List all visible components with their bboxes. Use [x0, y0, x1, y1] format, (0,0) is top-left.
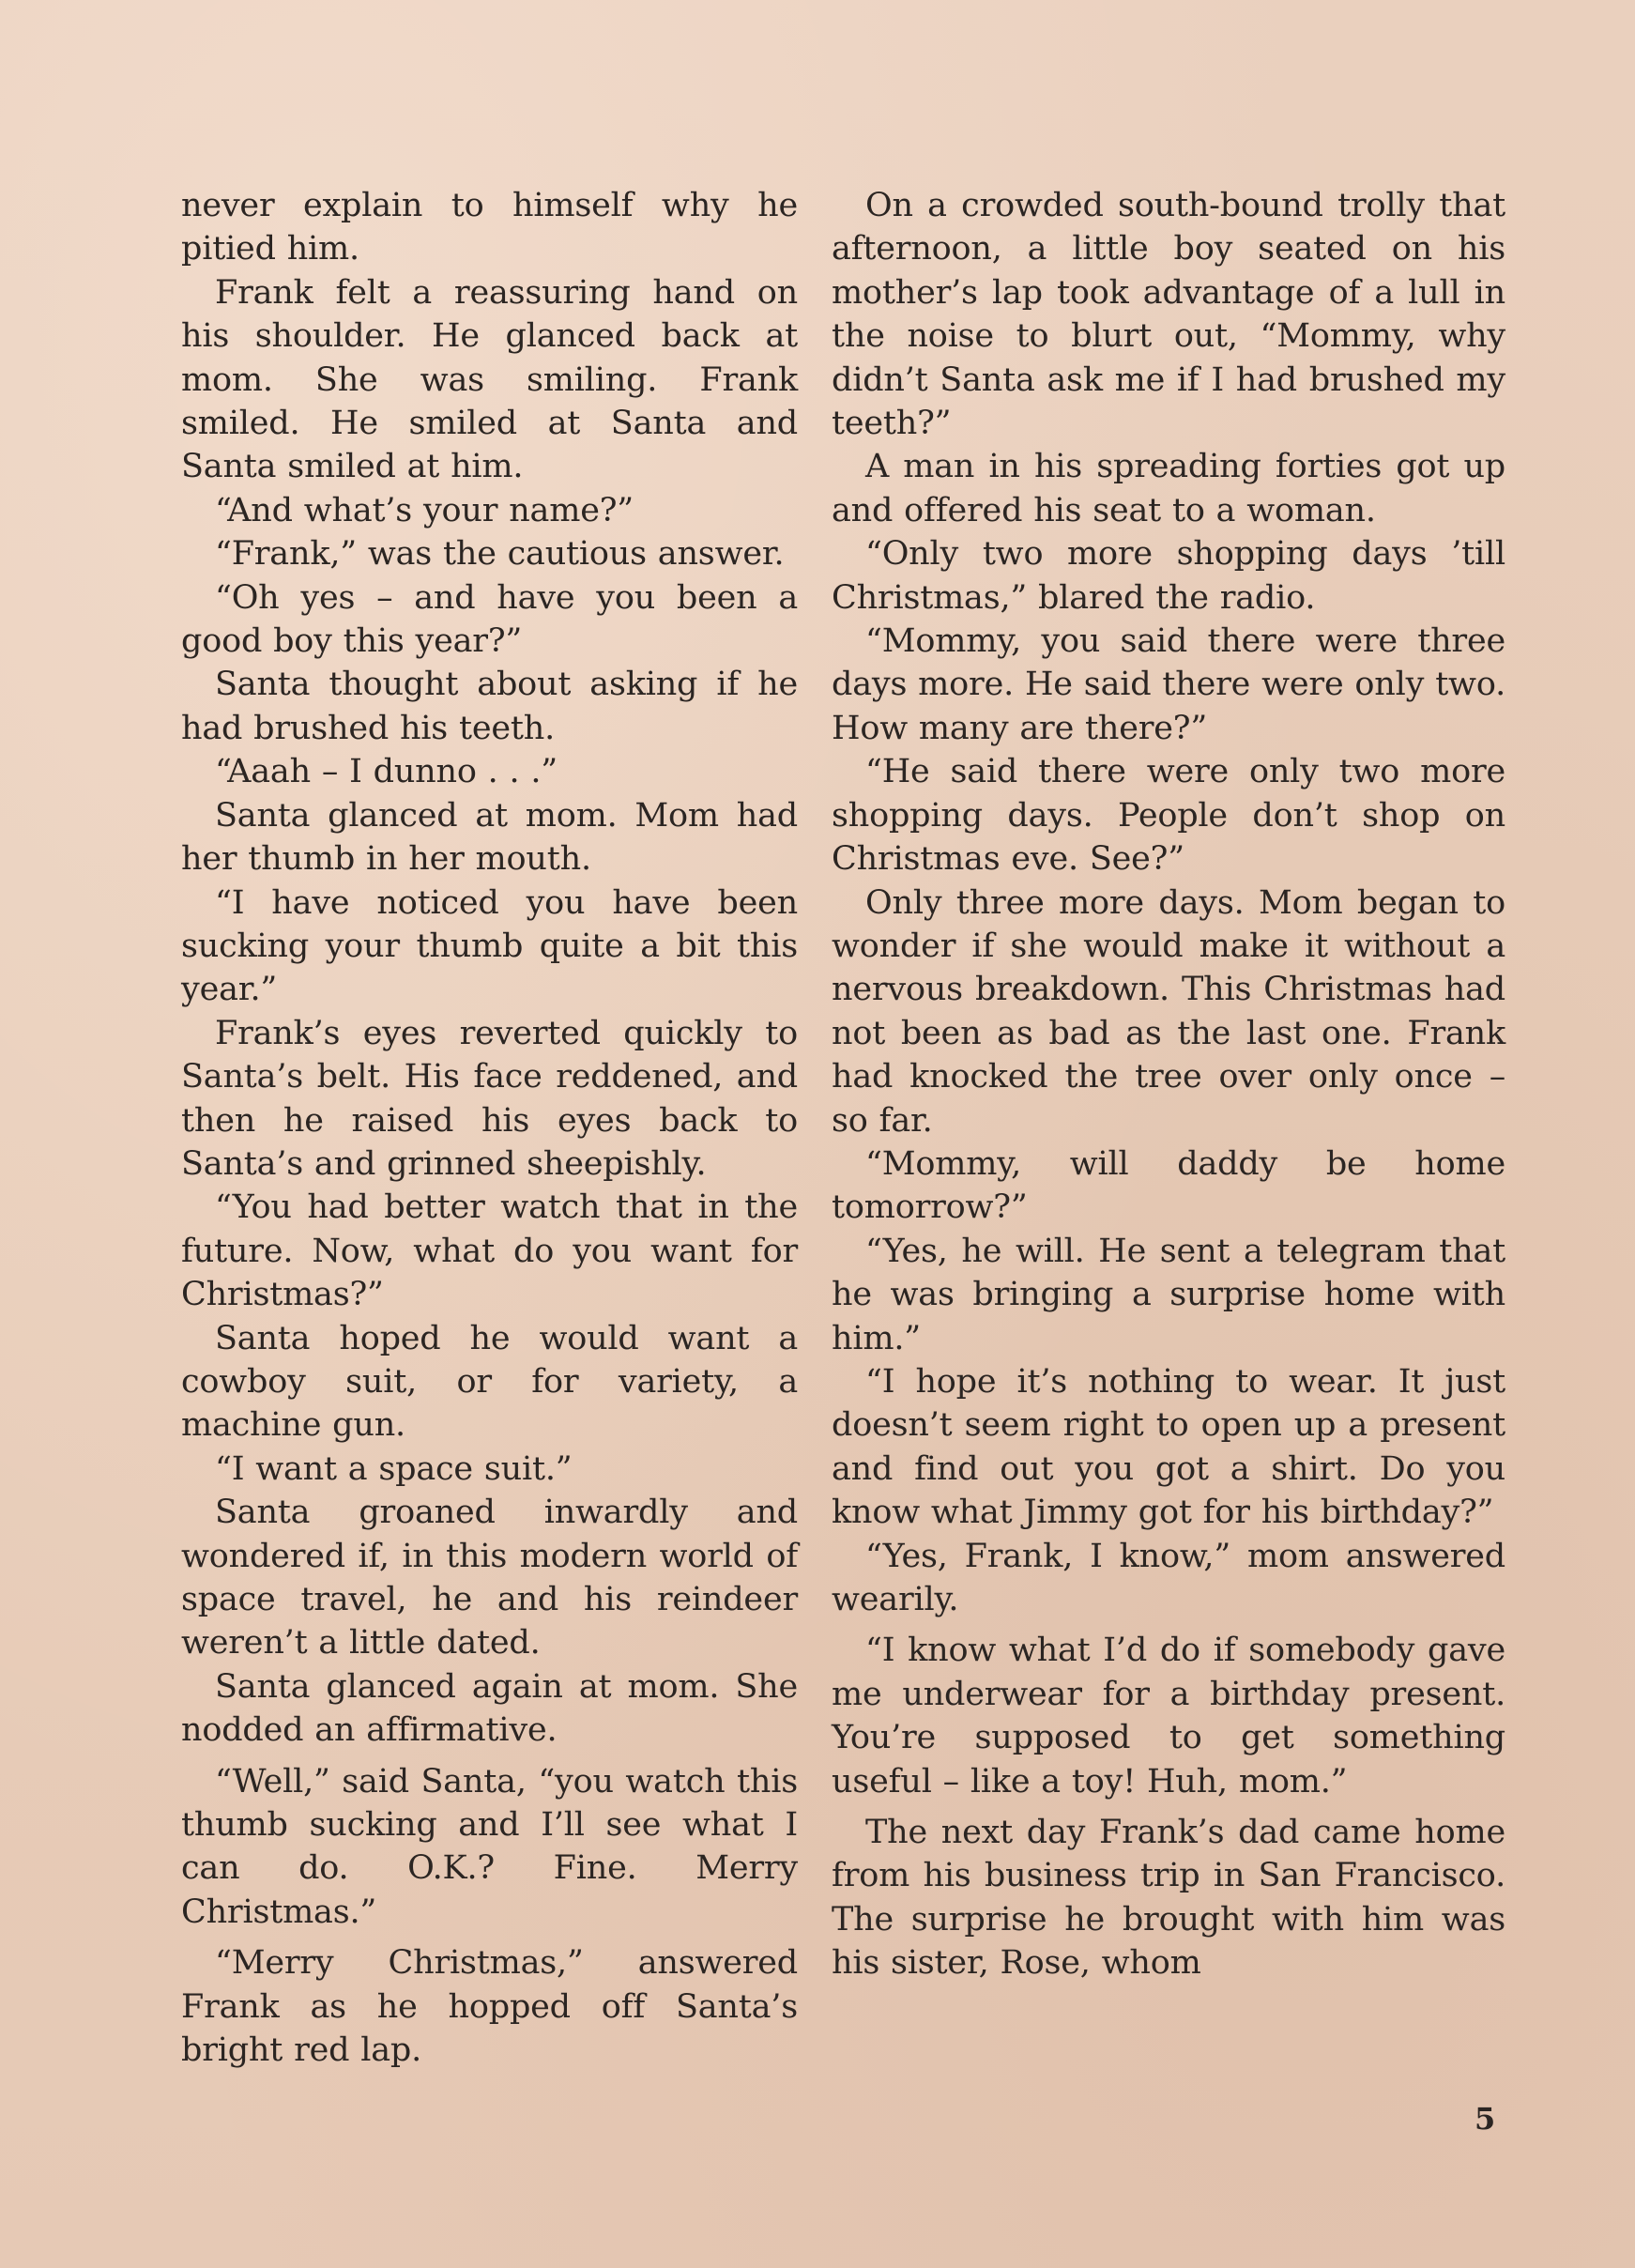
paragraph: “Oh yes – and have you been a good boy t…	[181, 576, 798, 664]
paragraph: “Yes, Frank, I know,” mom answered weari…	[832, 1535, 1505, 1622]
paragraph: never explain to himself why he pitied h…	[181, 184, 798, 271]
paragraph: Santa hoped he would want a cowboy suit,…	[181, 1317, 798, 1448]
paragraph: “Yes, he will. He sent a telegram that h…	[832, 1230, 1505, 1360]
paragraph: Santa groaned inwardly and wondered if, …	[181, 1491, 798, 1665]
paragraph: Frank’s eyes reverted quickly to Santa’s…	[181, 1012, 798, 1187]
paragraph: “I hope it’s nothing to wear. It just do…	[832, 1360, 1505, 1535]
left-text-column: never explain to himself why he pitied h…	[181, 184, 798, 2072]
paragraph: “Well,” said Santa, “you watch this thum…	[181, 1760, 798, 1935]
paragraph: The next day Frank’s dad came home from …	[832, 1811, 1505, 1985]
paragraph: “Only two more shopping days ’till Chris…	[832, 532, 1505, 620]
paragraph: “Merry Christmas,” answered Frank as he …	[181, 1941, 798, 2072]
paragraph: On a crowded south-bound trolly that aft…	[832, 184, 1505, 445]
paragraph: Only three more days. Mom began to wonde…	[832, 881, 1505, 1142]
paragraph: Frank felt a reassuring hand on his shou…	[181, 271, 798, 489]
paragraph: Santa glanced at mom. Mom had her thumb …	[181, 794, 798, 881]
paragraph: “I have noticed you have been sucking yo…	[181, 881, 798, 1012]
paragraph: “And what’s your name?”	[181, 489, 798, 532]
paragraph: “Aaah – I dunno . . .”	[181, 750, 798, 793]
paragraph: Santa thought about asking if he had bru…	[181, 663, 798, 750]
paragraph: “He said there were only two more shoppi…	[832, 750, 1505, 881]
book-page: never explain to himself why he pitied h…	[0, 0, 1635, 2268]
page-number: 5	[1475, 2101, 1495, 2137]
paragraph: “I know what I’d do if somebody gave me …	[832, 1629, 1505, 1803]
paragraph: “Mommy, will daddy be home tomorrow?”	[832, 1142, 1505, 1230]
paragraph: Santa glanced again at mom. She nodded a…	[181, 1665, 798, 1753]
paragraph: “You had better watch that in the future…	[181, 1186, 798, 1316]
paragraph: “Mommy, you said there were three days m…	[832, 620, 1505, 750]
right-text-column: On a crowded south-bound trolly that aft…	[832, 184, 1505, 1985]
paragraph: “I want a space suit.”	[181, 1448, 798, 1491]
paragraph: A man in his spreading forties got up an…	[832, 445, 1505, 532]
paragraph: “Frank,” was the cautious answer.	[181, 532, 798, 575]
